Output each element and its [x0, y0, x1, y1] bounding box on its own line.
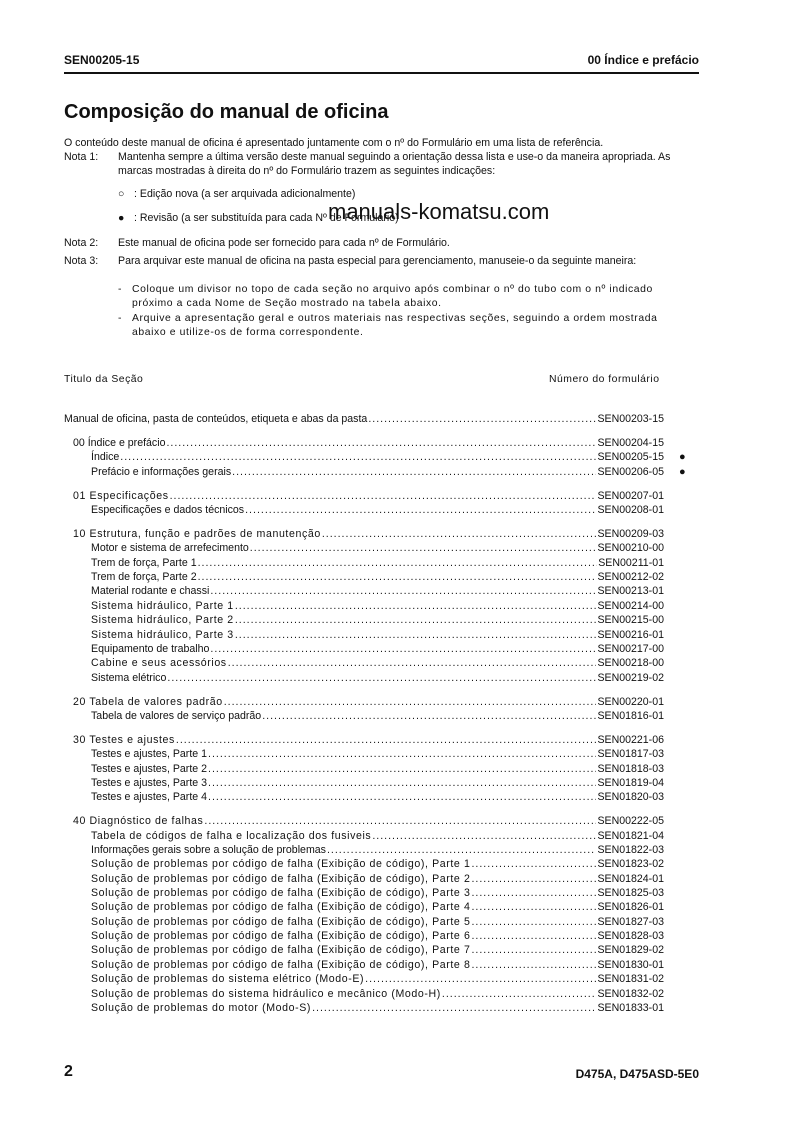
form-number: SEN00212-02	[597, 570, 664, 584]
leader-dots	[235, 613, 597, 627]
bullet-text: Arquive a apresentação geral e outros ma…	[132, 312, 692, 340]
mark-text: : Edição nova (a ser arquivada adicional…	[134, 188, 355, 200]
column-header-title: Titulo da Seção	[64, 374, 143, 385]
form-number: SEN01831-02	[597, 972, 664, 986]
table-row: Cabine e seus acessóriosSEN00218-00	[91, 656, 664, 670]
form-number: SEN01822-03	[597, 843, 664, 857]
leader-dots	[245, 503, 596, 517]
leader-dots	[208, 790, 596, 804]
table-row: Especificações e dados técnicosSEN00208-…	[91, 503, 664, 517]
table-row: Sistema hidráulico, Parte 3SEN00216-01	[91, 628, 664, 642]
section-title: Solução de problemas por código de falha…	[91, 872, 470, 886]
section-title: Equipamento de trabalho	[91, 642, 209, 656]
table-row: Solução de problemas por código de falha…	[91, 857, 664, 871]
form-number: SEN01820-03	[597, 790, 664, 804]
table-row: Motor e sistema de arrefecimentoSEN00210…	[91, 541, 664, 555]
leader-dots	[471, 915, 596, 929]
bullet-icon: -	[118, 312, 122, 326]
section-title: 30 Testes e ajustes	[73, 733, 175, 747]
note-label: Nota 1:	[64, 150, 116, 164]
leader-dots	[224, 695, 597, 709]
section-title: Índice	[91, 450, 119, 464]
section-title: Solução de problemas por código de falha…	[91, 900, 470, 914]
section-title: Solução de problemas por código de falha…	[91, 857, 470, 871]
table-row: Solução de problemas por código de falha…	[91, 886, 664, 900]
form-number: SEN01816-01	[597, 709, 664, 723]
table-row: Testes e ajustes, Parte 2SEN01818-03	[91, 762, 664, 776]
section-title: Solução de problemas do motor (Modo-S)	[91, 1001, 311, 1015]
table-row: 40 Diagnóstico de falhasSEN00222-05	[73, 814, 664, 828]
table-row: Solução de problemas por código de falha…	[91, 872, 664, 886]
revision-mark-icon: ●	[679, 465, 686, 479]
form-number: SEN00220-01	[597, 695, 664, 709]
mark-new-edition: ○: Edição nova (a ser arquivada adiciona…	[118, 187, 355, 201]
table-row: Sistema hidráulico, Parte 2SEN00215-00	[91, 613, 664, 627]
intro-text: O conteúdo deste manual de oficina é apr…	[64, 136, 704, 150]
table-row: Trem de força, Parte 1SEN00211-01	[91, 556, 664, 570]
form-number: SEN01818-03	[597, 762, 664, 776]
table-row: Solução de problemas por código de falha…	[91, 943, 664, 957]
leader-dots	[170, 489, 597, 503]
leader-dots	[235, 628, 597, 642]
leader-dots	[228, 656, 597, 670]
leader-dots	[208, 776, 596, 790]
form-number: SEN01819-04	[597, 776, 664, 790]
section-title: Solução de problemas por código de falha…	[91, 958, 470, 972]
section-title: Especificações e dados técnicos	[91, 503, 244, 517]
form-number: SEN00216-01	[597, 628, 664, 642]
leader-dots	[250, 541, 597, 555]
form-number: SEN00203-15	[597, 412, 664, 426]
table-row: Tabela de valores de serviço padrãoSEN01…	[91, 709, 664, 723]
form-number: SEN01830-01	[597, 958, 664, 972]
table-row: Informações gerais sobre a solução de pr…	[91, 843, 664, 857]
table-row: Material rodante e chassiSEN00213-01	[91, 584, 664, 598]
section-title: Testes e ajustes, Parte 3	[91, 776, 207, 790]
form-number: SEN01829-02	[597, 943, 664, 957]
note-text: Mantenha sempre a última versão deste ma…	[118, 150, 698, 178]
section-title: Material rodante e chassi	[91, 584, 209, 598]
watermark: manuals-komatsu.com	[328, 199, 549, 225]
table-row: Solução de problemas do motor (Modo-S)SE…	[91, 1001, 664, 1015]
bullet-icon: -	[118, 283, 122, 297]
section-title: Cabine e seus acessórios	[91, 656, 227, 670]
table-row: Trem de força, Parte 2SEN00212-02	[91, 570, 664, 584]
form-number: SEN01826-01	[597, 900, 664, 914]
leader-dots	[120, 450, 596, 464]
leader-dots	[372, 829, 596, 843]
section-title: Sistema elétrico	[91, 671, 166, 685]
section-title: Solução de problemas por código de falha…	[91, 943, 470, 957]
form-number: SEN00209-03	[597, 527, 664, 541]
section-title: Sistema hidráulico, Parte 2	[91, 613, 234, 627]
table-row: ÍndiceSEN00205-15●	[91, 450, 664, 464]
form-number: SEN00222-05	[597, 814, 664, 828]
leader-dots	[471, 900, 596, 914]
form-number: SEN00207-01	[597, 489, 664, 503]
section-title: Motor e sistema de arrefecimento	[91, 541, 249, 555]
form-number: SEN01827-03	[597, 915, 664, 929]
form-number: SEN00208-01	[597, 503, 664, 517]
section-title: Solução de problemas por código de falha…	[91, 929, 470, 943]
form-number: SEN01828-03	[597, 929, 664, 943]
leader-dots	[471, 929, 596, 943]
form-number: SEN00211-01	[598, 556, 664, 570]
page-title: Composição do manual de oficina	[64, 101, 389, 124]
leader-dots	[198, 570, 597, 584]
form-number: SEN00210-00	[597, 541, 664, 555]
leader-dots	[167, 671, 596, 685]
column-header-number: Número do formulário	[549, 374, 659, 385]
form-number: SEN00206-05	[597, 465, 664, 479]
revision-mark-icon: ●	[679, 450, 686, 464]
form-number: SEN01833-01	[597, 1001, 664, 1015]
table-row: 10 Estrutura, função e padrões de manute…	[73, 527, 664, 541]
doc-code: SEN00205-15	[64, 53, 139, 67]
section-title: Tabela de valores de serviço padrão	[91, 709, 261, 723]
table-row: Solução de problemas por código de falha…	[91, 915, 664, 929]
page-number: 2	[64, 1063, 73, 1081]
section-title: Manual de oficina, pasta de conteúdos, e…	[64, 412, 367, 426]
section-title: 40 Diagnóstico de falhas	[73, 814, 203, 828]
table-row: 20 Tabela de valores padrãoSEN00220-01	[73, 695, 664, 709]
note-text: Este manual de oficina pode ser fornecid…	[118, 236, 698, 250]
table-row: 30 Testes e ajustesSEN00221-06	[73, 733, 664, 747]
form-number: SEN01832-02	[597, 987, 664, 1001]
form-number: SEN00218-00	[597, 656, 664, 670]
form-number: SEN00215-00	[597, 613, 664, 627]
leader-dots	[471, 958, 596, 972]
note-label: Nota 2:	[64, 236, 116, 250]
table-row: Testes e ajustes, Parte 1SEN01817-03	[91, 747, 664, 761]
note-text: Para arquivar este manual de oficina na …	[118, 254, 698, 268]
table-row: Solução de problemas por código de falha…	[91, 929, 664, 943]
leader-dots	[210, 642, 596, 656]
leader-dots	[471, 943, 596, 957]
leader-dots	[442, 987, 597, 1001]
note-label: Nota 3:	[64, 254, 116, 268]
section-title: Tabela de códigos de falha e localização…	[91, 829, 371, 843]
form-number: SEN00219-02	[597, 671, 664, 685]
form-number: SEN01823-02	[597, 857, 664, 871]
table-row: Sistema elétricoSEN00219-02	[91, 671, 664, 685]
form-number: SEN00214-00	[597, 599, 664, 613]
section-title: 20 Tabela de valores padrão	[73, 695, 223, 709]
section-title: 10 Estrutura, função e padrões de manute…	[73, 527, 321, 541]
leader-dots	[204, 814, 596, 828]
section-title: Solução de problemas do sistema elétrico…	[91, 972, 364, 986]
leader-dots	[471, 872, 596, 886]
open-circle-icon: ○	[118, 187, 134, 201]
table-row: Solução de problemas por código de falha…	[91, 900, 664, 914]
section-title: Sistema hidráulico, Parte 1	[91, 599, 234, 613]
leader-dots	[327, 843, 596, 857]
header-divider	[64, 72, 699, 74]
leader-dots	[208, 747, 596, 761]
section-title: 01 Especificações	[73, 489, 169, 503]
section-title: Informações gerais sobre a solução de pr…	[91, 843, 326, 857]
form-number: SEN01817-03	[597, 747, 664, 761]
section-title: Solução de problemas por código de falha…	[91, 915, 470, 929]
section-name: 00 Índice e prefácio	[588, 53, 699, 67]
form-number: SEN01821-04	[597, 829, 664, 843]
section-title: Trem de força, Parte 1	[91, 556, 197, 570]
section-title: Solução de problemas do sistema hidráuli…	[91, 987, 441, 1001]
table-row: Tabela de códigos de falha e localização…	[91, 829, 664, 843]
leader-dots	[176, 733, 597, 747]
form-number: SEN00217-00	[597, 642, 664, 656]
table-row: Solução de problemas do sistema elétrico…	[91, 972, 664, 986]
section-title: Trem de força, Parte 2	[91, 570, 197, 584]
leader-dots	[471, 886, 596, 900]
table-row: Manual de oficina, pasta de conteúdos, e…	[64, 412, 664, 426]
leader-dots	[166, 436, 596, 450]
table-row: 00 Índice e prefácioSEN00204-15	[73, 436, 664, 450]
leader-dots	[208, 762, 596, 776]
table-row: Testes e ajustes, Parte 4SEN01820-03	[91, 790, 664, 804]
table-row: Solução de problemas do sistema hidráuli…	[91, 987, 664, 1001]
table-row: Equipamento de trabalhoSEN00217-00	[91, 642, 664, 656]
section-title: Testes e ajustes, Parte 2	[91, 762, 207, 776]
leader-dots	[262, 709, 596, 723]
leader-dots	[312, 1001, 596, 1015]
section-title: Solução de problemas por código de falha…	[91, 886, 470, 900]
form-number: SEN00204-15	[597, 436, 664, 450]
form-number: SEN00221-06	[597, 733, 664, 747]
leader-dots	[368, 412, 596, 426]
form-number: SEN00213-01	[597, 584, 664, 598]
table-row: 01 EspecificaçõesSEN00207-01	[73, 489, 664, 503]
machine-model: D475A, D475ASD-5E0	[576, 1067, 699, 1081]
table-row: Solução de problemas por código de falha…	[91, 958, 664, 972]
filled-circle-icon: ●	[118, 211, 134, 225]
section-title: Testes e ajustes, Parte 1	[91, 747, 207, 761]
leader-dots	[210, 584, 596, 598]
section-title: Testes e ajustes, Parte 4	[91, 790, 207, 804]
section-title: 00 Índice e prefácio	[73, 436, 165, 450]
page-header: SEN00205-15 00 Índice e prefácio	[64, 53, 699, 67]
leader-dots	[198, 556, 598, 570]
bullet-text: Coloque um divisor no topo de cada seção…	[132, 283, 692, 311]
form-number: SEN01824-01	[597, 872, 664, 886]
section-title: Sistema hidráulico, Parte 3	[91, 628, 234, 642]
table-row: Testes e ajustes, Parte 3SEN01819-04	[91, 776, 664, 790]
form-number: SEN00205-15	[597, 450, 664, 464]
leader-dots	[322, 527, 597, 541]
table-row: Prefácio e informações geraisSEN00206-05…	[91, 465, 664, 479]
leader-dots	[365, 972, 596, 986]
leader-dots	[471, 857, 596, 871]
table-row: Sistema hidráulico, Parte 1SEN00214-00	[91, 599, 664, 613]
leader-dots	[232, 465, 596, 479]
form-number: SEN01825-03	[597, 886, 664, 900]
leader-dots	[235, 599, 597, 613]
section-title: Prefácio e informações gerais	[91, 465, 231, 479]
